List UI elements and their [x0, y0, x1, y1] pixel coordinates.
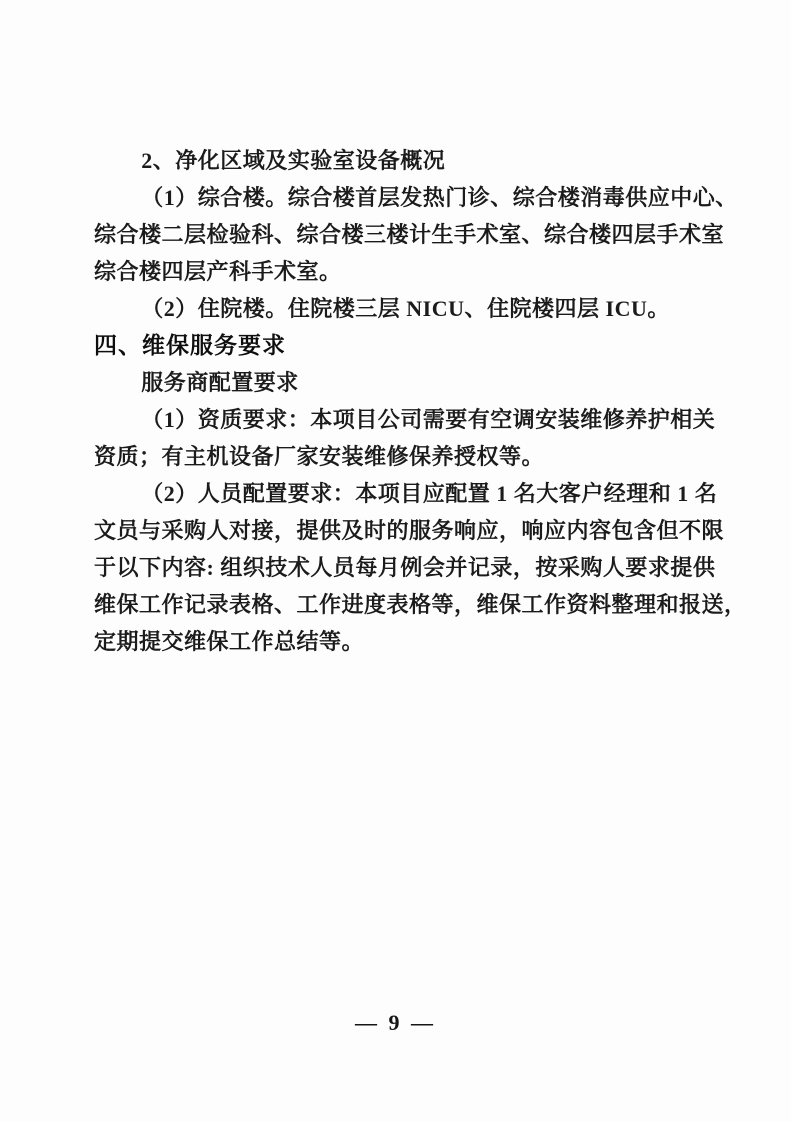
- document-page: 2、净化区域及实验室设备概况 （1）综合楼。综合楼首层发热门诊、综合楼消毒供应中…: [0, 0, 791, 1121]
- paragraph-complex-building-line-2: 综合楼二层检验科、综合楼三楼计生手术室、综合楼四层手术室: [94, 216, 711, 253]
- paragraph-staffing-requirements-line-3: 于以下内容: 组织技术人员每月例会并记录，按采购人要求提供: [94, 549, 711, 586]
- page-number: — 9 —: [355, 1010, 436, 1035]
- paragraph-qualification-requirements-line-2: 资质；有主机设备厂家安装维修保养授权等。: [94, 438, 711, 475]
- subheading-provider-configuration-requirements: 服务商配置要求: [94, 364, 711, 401]
- paragraph-complex-building-line-3: 综合楼四层产科手术室。: [94, 253, 711, 290]
- paragraph-qualification-requirements-line-1: （1）资质要求：本项目公司需要有空调安装维修养护相关: [94, 401, 711, 438]
- section-heading-maintenance-service-requirements: 四、维保服务要求: [94, 327, 711, 364]
- paragraph-staffing-requirements-line-1: （2）人员配置要求：本项目应配置 1 名大客户经理和 1 名: [94, 475, 711, 512]
- document-body: 2、净化区域及实验室设备概况 （1）综合楼。综合楼首层发热门诊、综合楼消毒供应中…: [94, 142, 711, 660]
- paragraph-staffing-requirements-line-4: 维保工作记录表格、工作进度表格等，维保工作资料整理和报送，: [94, 586, 711, 623]
- subheading-purification-lab-overview: 2、净化区域及实验室设备概况: [94, 142, 711, 179]
- paragraph-staffing-requirements-line-2: 文员与采购人对接，提供及时的服务响应，响应内容包含但不限: [94, 512, 711, 549]
- paragraph-staffing-requirements-line-5: 定期提交维保工作总结等。: [94, 623, 711, 660]
- page-footer: — 9 —: [0, 1010, 791, 1036]
- paragraph-complex-building-line-1: （1）综合楼。综合楼首层发热门诊、综合楼消毒供应中心、: [94, 179, 711, 216]
- paragraph-inpatient-building: （2）住院楼。住院楼三层 NICU、住院楼四层 ICU。: [94, 290, 711, 327]
